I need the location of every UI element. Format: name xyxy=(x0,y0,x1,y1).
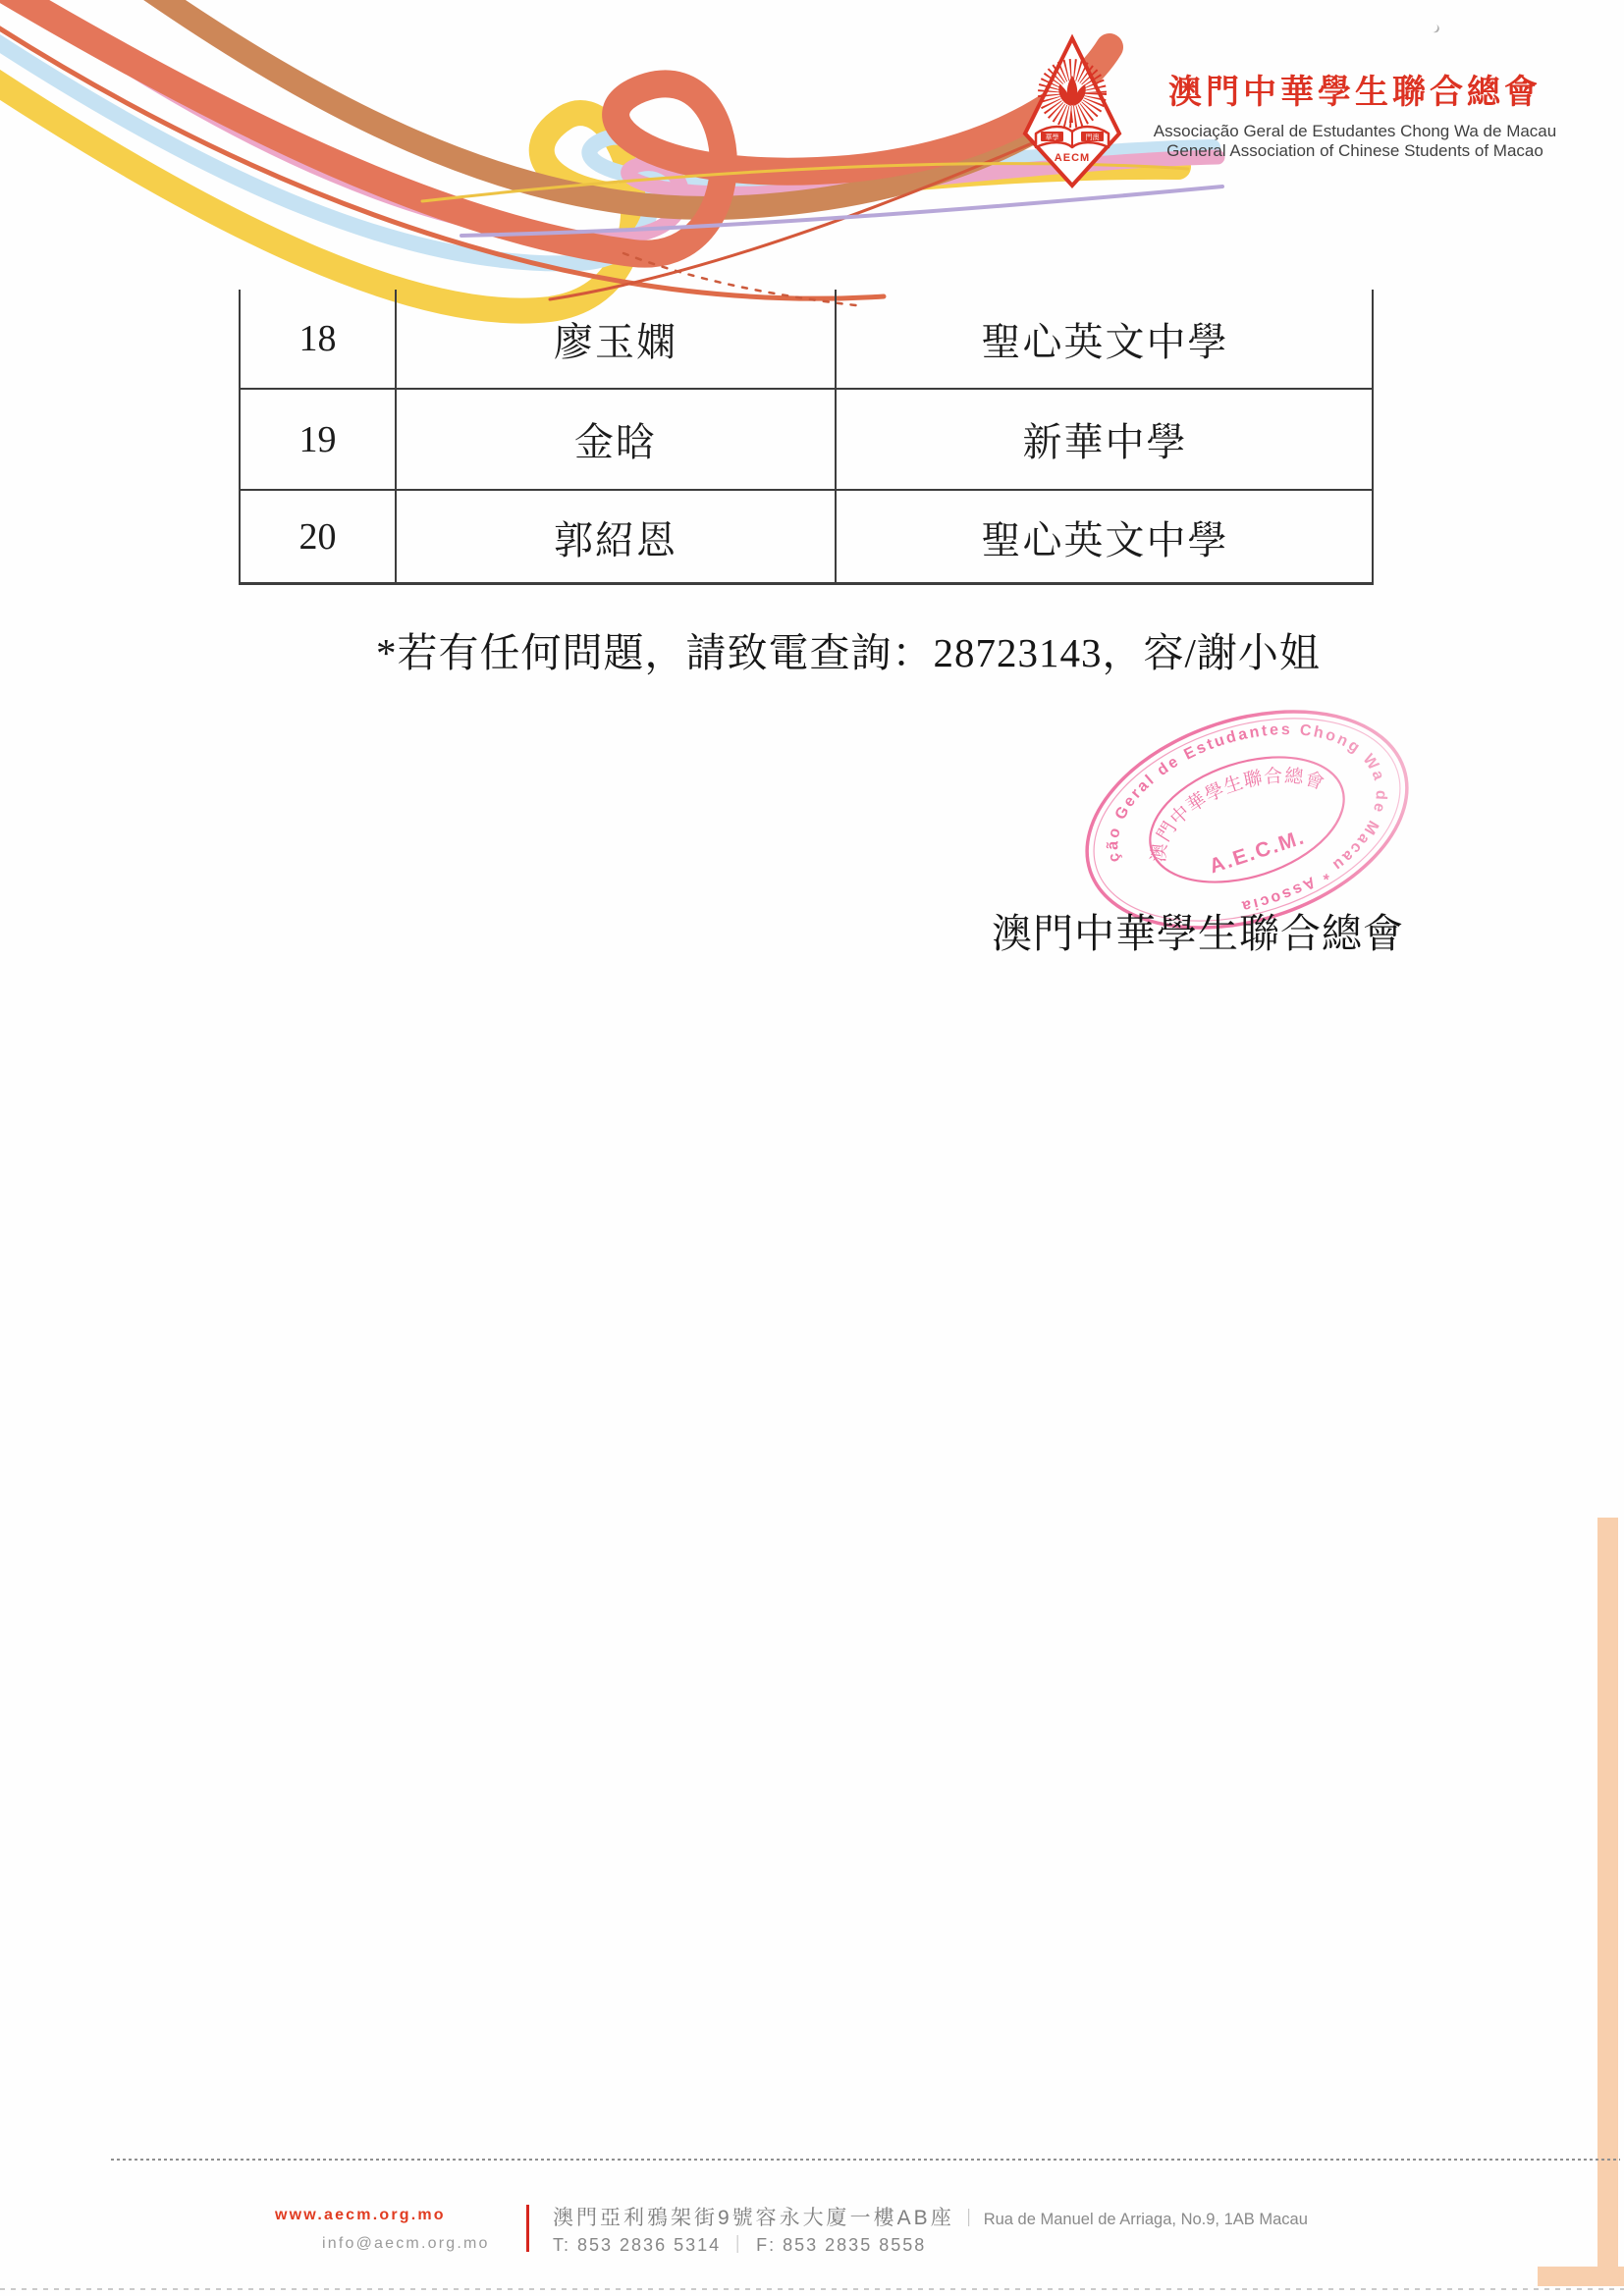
document-page: 華學 門澳 AECM 澳門中華學生聯合總會 Associação Geral d… xyxy=(0,0,1624,2296)
footer-tel: T: 853 2836 5314 xyxy=(553,2235,721,2255)
aecm-logo-icon: 華學 門澳 AECM xyxy=(1016,32,1134,194)
signature-org-name: 澳門中華學生聯合總會 xyxy=(992,901,1404,959)
contact-note: *若有任何問題，請致電查詢：28723143，容/謝小姐 xyxy=(376,620,1321,678)
accent-bar-vertical xyxy=(1597,1518,1618,2267)
org-names: 澳門中華學生聯合總會 Associação Geral de Estudante… xyxy=(1134,65,1576,161)
scan-bottom-edge xyxy=(0,2288,1624,2290)
footer: www.aecm.org.mo info@aecm.org.mo 澳門亞利鴉架街… xyxy=(0,2199,1624,2268)
footer-separator-glyph: ｜ xyxy=(960,2209,978,2228)
org-name-en: General Association of Chinese Students … xyxy=(1134,141,1576,161)
table-cell-name: 郭紹恩 xyxy=(395,489,835,583)
stamp-acronym: A.E.C.M. xyxy=(1207,826,1308,878)
table-cell-number: 18 xyxy=(241,290,395,388)
roster-table: 18 廖玉嫻 聖心英文中學 19 金晗 新華中學 20 郭紹恩 聖心英文中學 xyxy=(239,290,1374,585)
footer-website: www.aecm.org.mo xyxy=(275,2207,446,2224)
org-name-pt: Associação Geral de Estudantes Chong Wa … xyxy=(1134,122,1576,141)
scan-speck xyxy=(1428,22,1441,34)
accent-bar-horizontal xyxy=(1538,2267,1624,2286)
table-cell-name: 金晗 xyxy=(395,388,835,489)
footer-red-divider xyxy=(526,2205,529,2252)
table-cell-number: 19 xyxy=(241,388,395,489)
table-cell-name: 廖玉嫻 xyxy=(395,290,835,388)
footer-phone-line: T: 853 2836 5314｜F: 853 2835 8558 xyxy=(553,2231,926,2257)
table-cell-number: 20 xyxy=(241,489,395,583)
org-name-zh: 澳門中華學生聯合總會 xyxy=(1134,65,1576,113)
ribbon-thin-coral xyxy=(0,10,884,298)
footer-separator-line xyxy=(111,2159,1620,2161)
ribbon-yellow xyxy=(0,59,1178,311)
footer-address-zh: 澳門亞利鴉架街9號容永大廈一樓AB座 xyxy=(553,2207,954,2229)
footer-address-line: 澳門亞利鴉架街9號容永大廈一樓AB座｜Rua de Manuel de Arri… xyxy=(553,2202,1308,2231)
footer-address-en: Rua de Manuel de Arriaga, No.9, 1AB Maca… xyxy=(984,2211,1308,2228)
ribbon-tan xyxy=(108,0,1060,208)
stamp-inner-zh: 澳門中華學生聯合總會 xyxy=(1130,746,1339,870)
stamp-inner-ring xyxy=(1134,734,1360,904)
table-cell-school: 聖心英文中學 xyxy=(835,290,1374,388)
table-cell-school: 聖心英文中學 xyxy=(835,489,1374,583)
logo-banner-left-text: 華學 xyxy=(1046,133,1059,141)
logo-banner-right-text: 門澳 xyxy=(1086,133,1100,141)
table-cell-school: 新華中學 xyxy=(835,388,1374,489)
ribbon-coral xyxy=(0,0,1110,254)
footer-email: info@aecm.org.mo xyxy=(322,2235,490,2253)
logo-acronym: AECM xyxy=(1055,152,1090,164)
footer-fax: F: 853 2835 8558 xyxy=(756,2235,926,2255)
ribbon-thin-red xyxy=(550,116,1095,299)
footer-separator-glyph: ｜ xyxy=(729,2235,748,2255)
